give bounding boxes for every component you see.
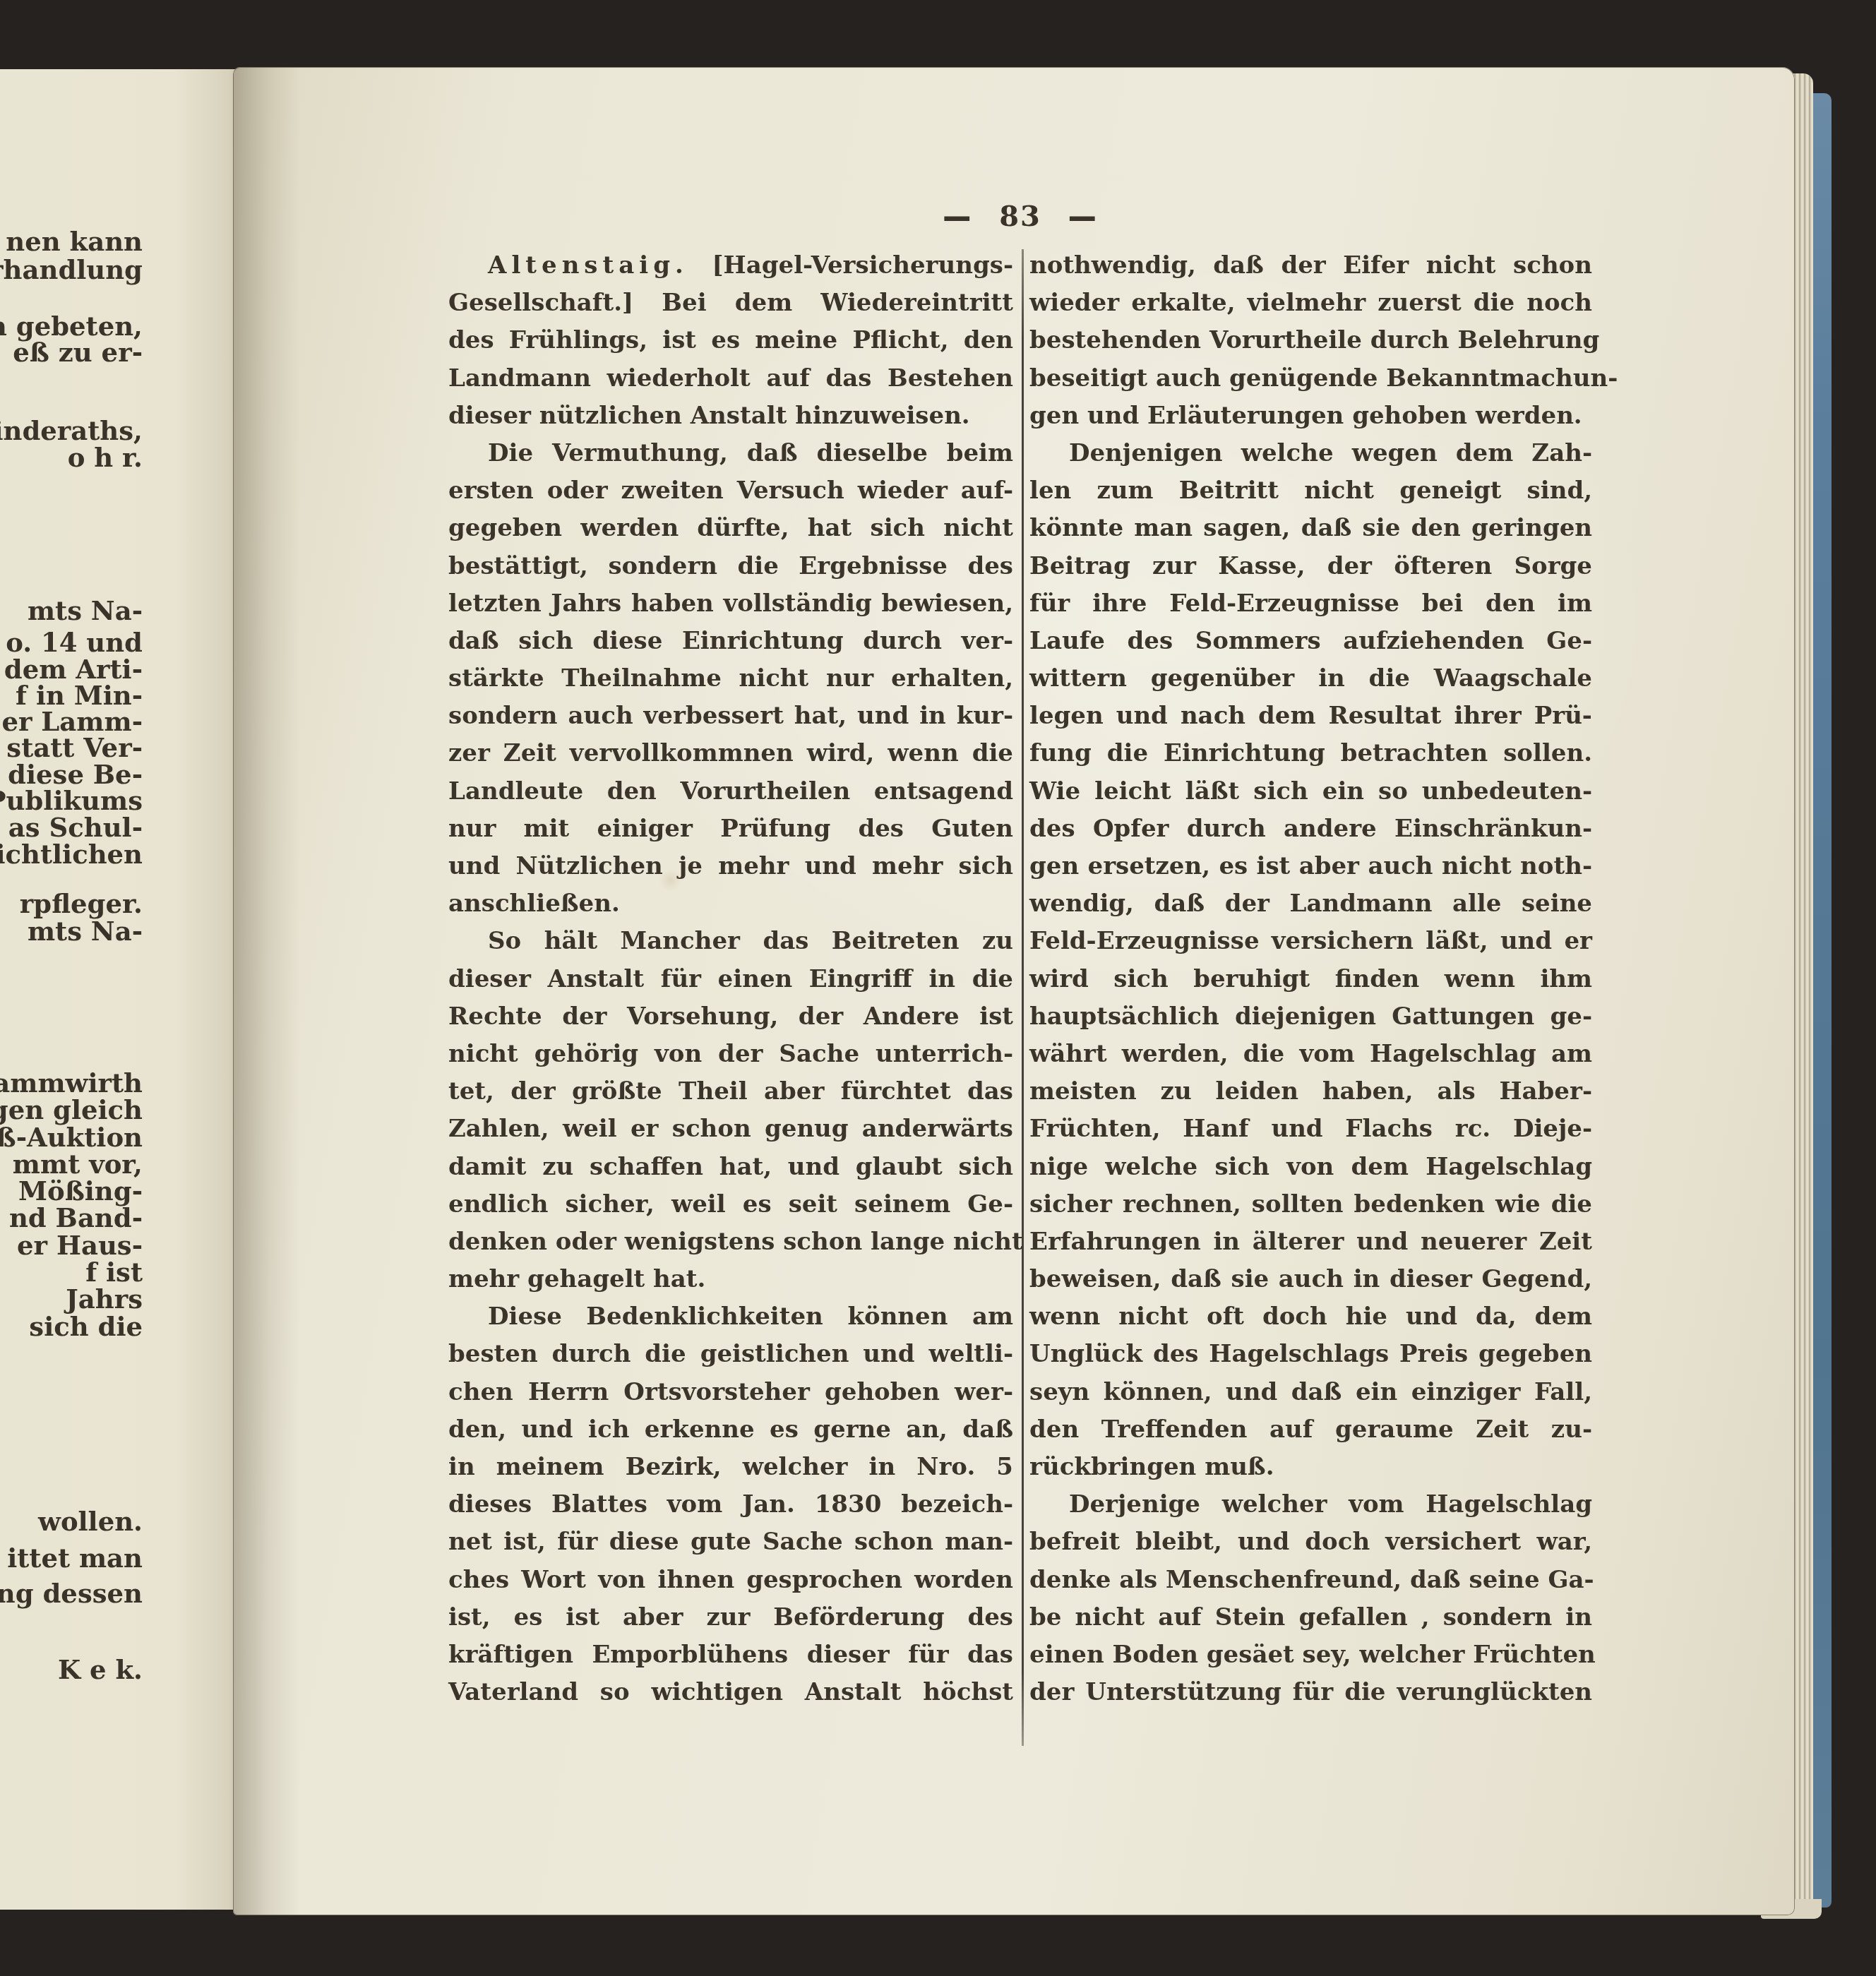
text-line: wird sich beruhigt finden wenn ihm — [1029, 961, 1592, 998]
text-line: denken oder wenigstens schon lange nicht — [448, 1223, 1013, 1261]
text-line: sicher rechnen, sollten bedenken wie die — [1029, 1186, 1592, 1223]
gutter-shadow — [233, 67, 300, 1915]
fragment-line: nd Band- — [9, 1202, 143, 1233]
text-line: So hält Mancher das Beitreten zu — [448, 923, 1013, 960]
fragment-line: mts Na- — [28, 595, 143, 626]
text-line: beweisen, daß sie auch in dieser Gegend, — [1029, 1261, 1592, 1298]
fragment-line: sich die — [29, 1311, 143, 1342]
text-line: zer Zeit vervollkommnen wird, wenn die — [448, 735, 1013, 772]
text-line: sondern auch verbessert hat, und in kur- — [448, 697, 1013, 735]
text-line: ches Wort von ihnen gesprochen worden — [448, 1562, 1013, 1599]
text-line: meisten zu leiden haben, als Haber- — [1029, 1073, 1592, 1110]
fragment-line: rpfleger. — [20, 888, 143, 919]
text-line: währt werden, die vom Hagelschlag am — [1029, 1036, 1592, 1073]
text-line: nicht gehörig von der Sache unterrich- — [448, 1036, 1013, 1073]
text-line: Landmann wiederholt auf das Bestehen — [448, 360, 1013, 397]
text-line: dieser nützlichen Anstalt hinzuweisen. — [448, 397, 1013, 435]
book-page: —83— Altenstaig. [Hagel-Versicherungs-Ge… — [233, 67, 1795, 1915]
text-line: Denjenigen welche wegen dem Zah- — [1029, 435, 1592, 472]
text-line: legen und nach dem Resultat ihrer Prü- — [1029, 697, 1592, 735]
text-line: damit zu schaffen hat, und glaubt sich — [448, 1149, 1013, 1186]
page-number: 83 — [999, 200, 1041, 233]
text-line: fung die Einrichtung betrachten sollen. — [1029, 735, 1592, 772]
text-line: ist, es ist aber zur Beförderung des — [448, 1599, 1013, 1636]
text-line: des Opfer durch andere Einschränkun- — [1029, 810, 1592, 848]
text-line: nur mit einiger Prüfung des Guten — [448, 810, 1013, 848]
text-line: Beitrag zur Kasse, der öfteren Sorge — [1029, 548, 1592, 585]
text-line: dieses Blattes vom Jan. 1830 bezeich- — [448, 1486, 1013, 1523]
text-line: gen und Erläuterungen gehoben werden. — [1029, 397, 1592, 435]
text-line: des Frühlings, ist es meine Pflicht, den — [448, 322, 1013, 359]
scanned-book-spread: nen kannerhandlungen gebeten,eß zu er-ei… — [0, 0, 1876, 1976]
text-line: besten durch die geistlichen und weltli- — [448, 1336, 1013, 1373]
text-line: rückbringen muß. — [1029, 1449, 1592, 1486]
fragment-line: Jahrs — [66, 1283, 143, 1315]
text-line: der Unterstützung für die verunglückten — [1029, 1674, 1592, 1711]
text-line: daß sich diese Einrichtung durch ver- — [448, 623, 1013, 660]
text-line: len zum Beitritt nicht geneigt sind, — [1029, 472, 1592, 510]
text-line: und Nützlichen je mehr und mehr sich — [448, 848, 1013, 885]
text-line: net ist, für diese gute Sache schon man- — [448, 1523, 1013, 1561]
spaced-lead-word: Altenstaig. — [488, 251, 691, 280]
text-line: chen Herrn Ortsvorsteher gehoben wer- — [448, 1374, 1013, 1411]
text-line: be nicht auf Stein gefallen , sondern in — [1029, 1599, 1592, 1636]
fragment-line: nen kann — [6, 226, 143, 257]
text-line: Landleute den Vorurtheilen entsagend — [448, 773, 1013, 810]
text-line: den, und ich erkenne es gerne an, daß — [448, 1411, 1013, 1449]
text-line: Rechte der Vorsehung, der Andere ist — [448, 998, 1013, 1036]
text-line: einen Boden gesäet sey, welcher Früchten — [1029, 1636, 1592, 1674]
text-line: ersten oder zweiten Versuch wieder auf- — [448, 472, 1013, 510]
text-line: wieder erkalte, vielmehr zuerst die noch — [1029, 285, 1592, 322]
text-line: bestehenden Vorurtheile durch Belehrung — [1029, 322, 1592, 359]
header-left-dash: — — [943, 193, 972, 240]
fragment-line: wollen. — [38, 1506, 143, 1537]
text-line: nige welche sich von dem Hagelschlag — [1029, 1149, 1592, 1186]
text-line: Wie leicht läßt sich ein so unbedeuten- — [1029, 773, 1592, 810]
text-line: Derjenige welcher vom Hagelschlag — [1029, 1486, 1592, 1523]
text-line: wendig, daß der Landmann alle seine — [1029, 885, 1592, 923]
fragment-line: erhandlung — [0, 254, 143, 285]
fragment-line: erichtlichen — [0, 839, 143, 870]
text-line: wittern gegenüber in die Waagschale — [1029, 660, 1592, 697]
fragment-line: mts Na- — [28, 916, 143, 947]
text-line: nothwendig, daß der Eifer nicht schon — [1029, 247, 1592, 285]
text-line: gen ersetzen, es ist aber auch nicht not… — [1029, 848, 1592, 885]
text-line: Erfahrungen in älterer und neuerer Zeit — [1029, 1223, 1592, 1261]
text-line: den Treffenden auf geraume Zeit zu- — [1029, 1411, 1592, 1449]
fragment-line: o h r. — [68, 442, 143, 473]
text-line: Feld-Erzeugnisse versichern läßt, und er — [1029, 923, 1592, 960]
page-number-header: —83— — [916, 200, 1125, 233]
text-line: Unglück des Hagelschlags Preis gegeben — [1029, 1336, 1592, 1373]
header-right-dash: — — [1068, 193, 1098, 240]
text-line: anschließen. — [448, 885, 1013, 923]
text-line: bestättigt, sondern die Ergebnisse des — [448, 548, 1013, 585]
text-line: stärkte Theilnahme nicht nur erhalten, — [448, 660, 1013, 697]
text-line: Vaterland so wichtigen Anstalt höchst — [448, 1674, 1013, 1711]
text-line: Laufe des Sommers aufziehenden Ge- — [1029, 623, 1592, 660]
text-line: Früchten, Hanf und Flachs rc. Dieje- — [1029, 1110, 1592, 1148]
text-line: gegeben werden dürfte, hat sich nicht — [448, 510, 1013, 547]
text-line: Altenstaig. [Hagel-Versicherungs- — [448, 247, 1013, 285]
text-line: kräftigen Emporblühens dieser für das — [448, 1636, 1013, 1674]
text-line: könnte man sagen, daß sie den geringen — [1029, 510, 1592, 547]
text-line: in meinem Bezirk, welcher in Nro. 5 — [448, 1449, 1013, 1486]
text-line: Zahlen, weil er schon genug anderwärts — [448, 1110, 1013, 1148]
text-line: beseitigt auch genügende Bekanntmachun- — [1029, 360, 1592, 397]
text-line: denke als Menschenfreund, daß seine Ga- — [1029, 1562, 1592, 1599]
text-line: dieser Anstalt für einen Eingriff in die — [448, 961, 1013, 998]
text-column-left: Altenstaig. [Hagel-Versicherungs-Gesells… — [448, 247, 1013, 1711]
text-line: Die Vermuthung, daß dieselbe beim — [448, 435, 1013, 472]
fragment-line: ittet man — [7, 1543, 143, 1574]
text-line: Gesellschaft.] Bei dem Wiedereintritt — [448, 285, 1013, 322]
text-column-right: nothwendig, daß der Eifer nicht schonwie… — [1029, 247, 1592, 1711]
fragment-line: eß zu er- — [13, 337, 143, 368]
text-line: befreit bleibt, und doch versichert war, — [1029, 1523, 1592, 1561]
fragment-line: K e k. — [58, 1654, 143, 1685]
text-line: letzten Jahrs haben vollständig bewiesen… — [448, 585, 1013, 623]
fragment-line: ng dessen — [0, 1578, 143, 1609]
text-line: tet, der größte Theil aber fürchtet das — [448, 1073, 1013, 1110]
text-line: wenn nicht oft doch hie und da, dem — [1029, 1298, 1592, 1336]
text-line: mehr gehagelt hat. — [448, 1261, 1013, 1298]
text-line: hauptsächlich diejenigen Gattungen ge- — [1029, 998, 1592, 1036]
text-line: endlich sicher, weil es seit seinem Ge- — [448, 1186, 1013, 1223]
text-line: seyn können, und daß ein einziger Fall, — [1029, 1374, 1592, 1411]
previous-page-strip: nen kannerhandlungen gebeten,eß zu er-ei… — [0, 69, 249, 1910]
text-line: Diese Bedenklichkeiten können am — [448, 1298, 1013, 1336]
column-divider-rule — [1022, 249, 1024, 1746]
text-line: für ihre Feld-Erzeugnisse bei den im — [1029, 585, 1592, 623]
fragment-line: gen gleich — [0, 1094, 143, 1125]
